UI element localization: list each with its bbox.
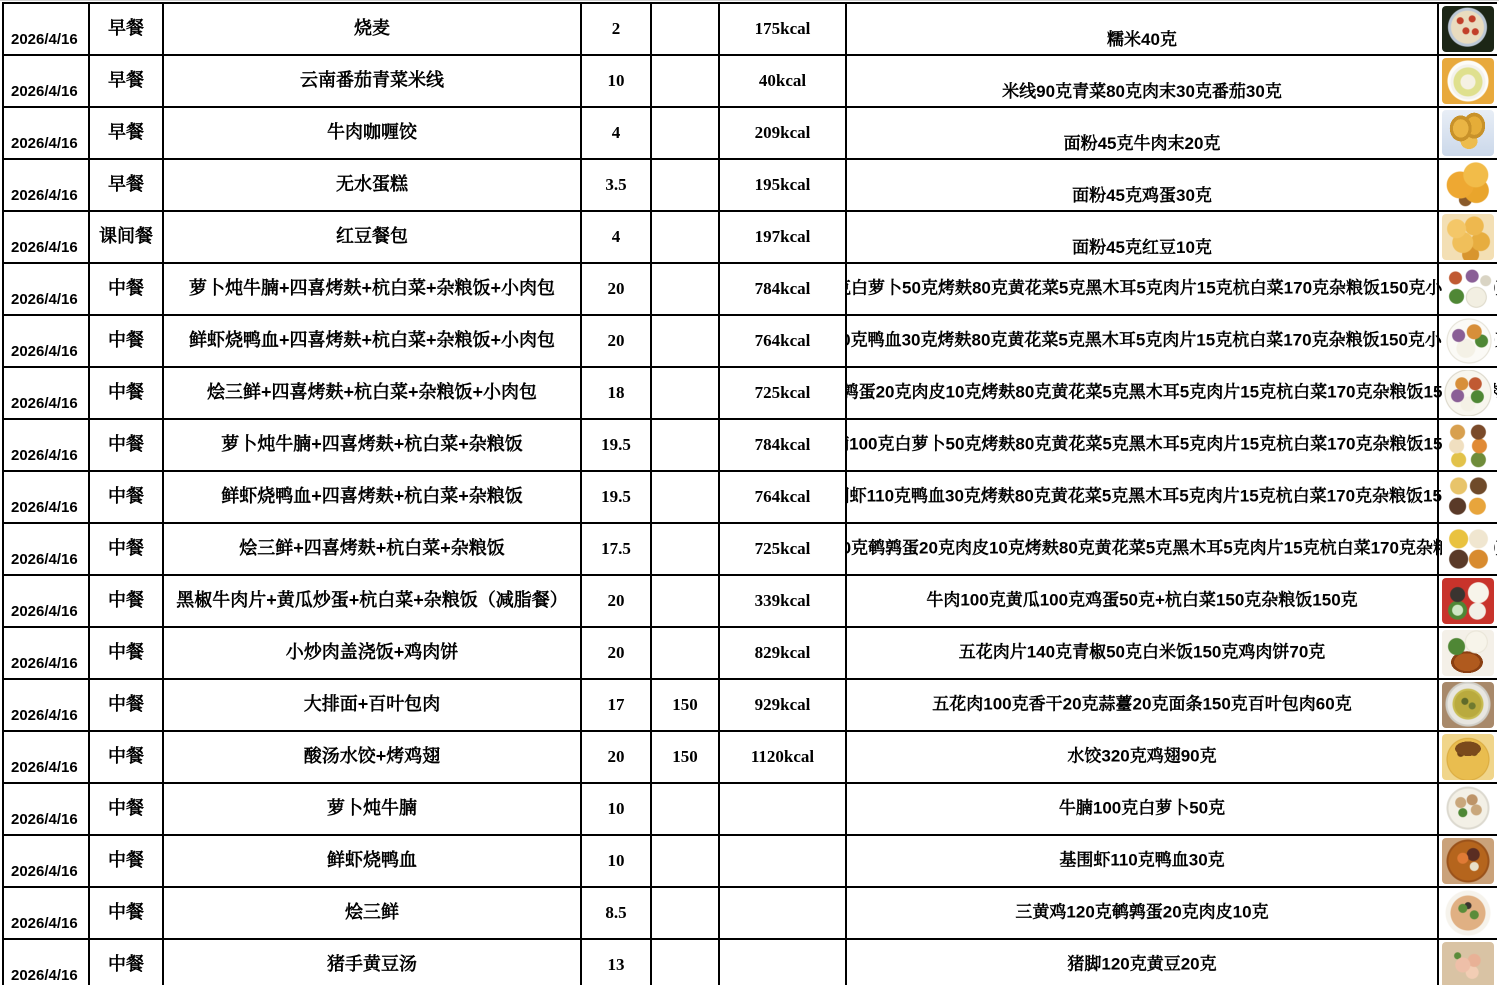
date-cell[interactable]: 2026/4/16 — [4, 784, 90, 834]
qty-cell[interactable] — [652, 264, 720, 314]
dish-cell[interactable]: 鲜虾烧鸭血+四喜烤麸+杭白菜+杂粮饭 — [164, 472, 582, 522]
meal-cell[interactable]: 中餐 — [90, 576, 164, 626]
kcal-cell-text: 929kcal — [755, 696, 811, 715]
three-delicacies-photo[interactable] — [1442, 890, 1494, 936]
meal-cell-text: 早餐 — [108, 71, 144, 91]
kcal-cell[interactable]: 209kcal — [720, 108, 847, 158]
meal-cell-text: 中餐 — [108, 643, 144, 663]
ingredients-cell[interactable]: 三黄鸡120克鹌鹑蛋20克肉皮10克烤麸80克黄花菜5克黑木耳5克肉片15克杭白… — [847, 368, 1439, 418]
dish-cell[interactable]: 烩三鲜 — [164, 888, 582, 938]
qty-cell[interactable] — [652, 524, 720, 574]
kcal-cell[interactable]: 725kcal — [720, 524, 847, 574]
date-cell-text: 2026/4/16 — [11, 84, 78, 101]
price-cell[interactable]: 4 — [582, 212, 652, 262]
ingredients-cell[interactable]: 米线90克青菜80克肉末30克番茄30克 — [847, 56, 1439, 106]
ingredients-text: 基围虾110克鸭血30克烤麸80克黄花菜5克黑木耳5克肉片15克杭白菜170克杂… — [847, 332, 1497, 351]
date-cell-text: 2026/4/16 — [11, 292, 78, 309]
ingredients-cell[interactable]: 基围虾110克鸭血30克烤麸80克黄花菜5克黑木耳5克肉片15克杭白菜170克杂… — [847, 316, 1439, 366]
price-cell[interactable]: 20 — [582, 264, 652, 314]
meal-cell[interactable]: 中餐 — [90, 940, 164, 985]
photo-cell[interactable] — [1439, 472, 1497, 522]
red-bean-bun-photo[interactable] — [1442, 214, 1494, 260]
dish-cell[interactable]: 烩三鲜+四喜烤麸+杭白菜+杂粮饭 — [164, 524, 582, 574]
price-cell[interactable]: 20 — [582, 732, 652, 782]
ingredients-text: 五花肉100克香干20克蒜薹20克面条150克百叶包肉60克 — [932, 696, 1351, 715]
cake-cubes-photo[interactable] — [1442, 162, 1494, 208]
photo-cell[interactable] — [1439, 316, 1497, 366]
qty-cell[interactable] — [652, 368, 720, 418]
date-cell[interactable]: 2026/4/16 — [4, 524, 90, 574]
dish-cell-text: 鲜虾烧鸭血+四喜烤麸+杭白菜+杂粮饭+小肉包 — [189, 331, 555, 351]
dish-cell-text: 红豆餐包 — [336, 227, 408, 247]
meal-cell[interactable]: 早餐 — [90, 108, 164, 158]
table-row: 2026/4/16中餐酸汤水饺+烤鸡翅201501120kcal水饺320克鸡翅… — [4, 732, 1497, 784]
dish-cell-text: 大排面+百叶包肉 — [304, 695, 441, 715]
dish-cell[interactable]: 鲜虾烧鸭血+四喜烤麸+杭白菜+杂粮饭+小肉包 — [164, 316, 582, 366]
date-cell-text: 2026/4/16 — [11, 916, 78, 933]
qty-cell[interactable] — [652, 888, 720, 938]
dish-cell[interactable]: 萝卜炖牛腩 — [164, 784, 582, 834]
shrimp-duck-blood-bowls-photo[interactable] — [1442, 474, 1494, 520]
braised-beef-set-photo[interactable] — [1442, 266, 1494, 312]
kcal-cell-text: 784kcal — [755, 436, 811, 455]
price-cell-text: 13 — [608, 956, 625, 975]
dish-cell-text: 萝卜炖牛腩 — [327, 799, 417, 819]
price-cell-text: 4 — [612, 124, 621, 143]
beef-curry-dumpling-photo[interactable] — [1442, 110, 1494, 156]
qty-cell[interactable] — [652, 160, 720, 210]
qty-cell-text: 150 — [672, 696, 698, 715]
meal-cell[interactable]: 早餐 — [90, 160, 164, 210]
date-cell[interactable]: 2026/4/16 — [4, 368, 90, 418]
qty-cell-text: 150 — [672, 748, 698, 767]
kcal-cell-text: 175kcal — [755, 20, 811, 39]
kcal-cell[interactable]: 764kcal — [720, 316, 847, 366]
date-cell-text: 2026/4/16 — [11, 500, 78, 517]
ingredients-cell[interactable]: 牛腩100克白萝卜50克烤麸80克黄花菜5克黑木耳5克肉片15克杭白菜170克杂… — [847, 420, 1439, 470]
price-cell[interactable]: 17.5 — [582, 524, 652, 574]
price-cell[interactable]: 20 — [582, 576, 652, 626]
ingredients-text: 三黄鸡120克鹌鹑蛋20克肉皮10克 — [1015, 904, 1268, 923]
dish-cell-text: 酸汤水饺+烤鸡翅 — [304, 747, 441, 767]
qty-cell[interactable] — [652, 628, 720, 678]
sour-soup-dumplings-photo[interactable] — [1442, 734, 1494, 780]
price-cell[interactable]: 19.5 — [582, 420, 652, 470]
table-row: 2026/4/16中餐大排面+百叶包肉17150929kcal五花肉100克香干… — [4, 680, 1497, 732]
table-row: 2026/4/16课间餐红豆餐包4197kcal面粉45克红豆10克 — [4, 212, 1497, 264]
date-cell-text: 2026/4/16 — [11, 448, 78, 465]
shumai-photo[interactable] — [1442, 6, 1494, 52]
date-cell-text: 2026/4/16 — [11, 552, 78, 569]
price-cell-text: 10 — [608, 852, 625, 871]
ingredients-text: 牛肉100克黄瓜100克鸡蛋50克+杭白菜150克杂粮饭150克 — [926, 592, 1357, 611]
ingredients-text: 牛腩100克白萝卜50克 — [1059, 800, 1225, 819]
price-cell[interactable]: 10 — [582, 56, 652, 106]
photo-cell[interactable] — [1439, 108, 1497, 158]
dish-cell-text: 鲜虾烧鸭血+四喜烤麸+杭白菜+杂粮饭 — [221, 487, 523, 507]
date-cell-text: 2026/4/16 — [11, 396, 78, 413]
meal-cell[interactable]: 中餐 — [90, 732, 164, 782]
dish-cell[interactable]: 云南番茄青菜米线 — [164, 56, 582, 106]
date-cell[interactable]: 2026/4/16 — [4, 212, 90, 262]
ingredients-cell[interactable]: 猪脚120克黄豆20克 — [847, 940, 1439, 985]
price-cell-text: 10 — [608, 72, 625, 91]
price-cell[interactable]: 20 — [582, 316, 652, 366]
price-cell-text: 10 — [608, 800, 625, 819]
dish-cell[interactable]: 大排面+百叶包肉 — [164, 680, 582, 730]
kcal-cell[interactable]: 1120kcal — [720, 732, 847, 782]
price-cell[interactable]: 2 — [582, 4, 652, 54]
meal-cell-text: 中餐 — [108, 383, 144, 403]
ingredients-text: 面粉45克鸡蛋30克 — [1072, 187, 1212, 206]
photo-cell[interactable] — [1439, 524, 1497, 574]
date-cell[interactable]: 2026/4/16 — [4, 836, 90, 886]
table-row: 2026/4/16中餐鲜虾烧鸭血+四喜烤麸+杭白菜+杂粮饭19.5764kcal… — [4, 472, 1497, 524]
date-cell-text: 2026/4/16 — [11, 188, 78, 205]
meal-cell-text: 早餐 — [108, 123, 144, 143]
kcal-cell[interactable]: 784kcal — [720, 264, 847, 314]
ingredients-clip: 五花肉100克香干20克蒜薹20克面条150克百叶包肉60克 — [847, 680, 1497, 730]
ingredients-cell[interactable]: 三黄鸡120克鹌鹑蛋20克肉皮10克烤麸80克黄花菜5克黑木耳5克肉片15克杭白… — [847, 524, 1439, 574]
table-row: 2026/4/16早餐无水蛋糕3.5195kcal面粉45克鸡蛋30克 — [4, 160, 1497, 212]
kcal-cell[interactable]: 929kcal — [720, 680, 847, 730]
price-cell-text: 20 — [608, 644, 625, 663]
qty-cell[interactable] — [652, 316, 720, 366]
meal-cell[interactable]: 中餐 — [90, 836, 164, 886]
meal-cell[interactable]: 中餐 — [90, 316, 164, 366]
ingredients-clip: 面粉45克红豆10克 — [847, 212, 1497, 262]
dish-cell-text: 萝卜炖牛腩+四喜烤麸+杭白菜+杂粮饭+小肉包 — [189, 279, 555, 299]
table-row: 2026/4/16中餐烩三鲜+四喜烤麸+杭白菜+杂粮饭+小肉包18725kcal… — [4, 368, 1497, 420]
date-cell[interactable]: 2026/4/16 — [4, 56, 90, 106]
ingredients-text: 水饺320克鸡翅90克 — [1067, 748, 1216, 767]
date-cell-text: 2026/4/16 — [11, 864, 78, 881]
date-cell[interactable]: 2026/4/16 — [4, 160, 90, 210]
kcal-cell[interactable] — [720, 888, 847, 938]
meal-cell[interactable]: 中餐 — [90, 784, 164, 834]
kcal-cell[interactable] — [720, 836, 847, 886]
price-cell-text: 2 — [612, 20, 621, 39]
qty-cell[interactable] — [652, 940, 720, 985]
pork-trotter-soybean-soup-photo[interactable] — [1442, 942, 1494, 985]
ingredients-text: 五花肉片140克青椒50克白米饭150克鸡肉饼70克 — [959, 644, 1326, 663]
meal-cell[interactable]: 中餐 — [90, 420, 164, 470]
meal-cell-text: 中餐 — [108, 903, 144, 923]
table-row: 2026/4/16中餐烩三鲜+四喜烤麸+杭白菜+杂粮饭17.5725kcal三黄… — [4, 524, 1497, 576]
price-cell[interactable]: 19.5 — [582, 472, 652, 522]
date-cell[interactable]: 2026/4/16 — [4, 472, 90, 522]
ingredients-cell[interactable]: 牛腩100克白萝卜50克烤麸80克黄花菜5克黑木耳5克肉片15克杭白菜170克杂… — [847, 264, 1439, 314]
dish-cell[interactable]: 无水蛋糕 — [164, 160, 582, 210]
kcal-cell[interactable] — [720, 784, 847, 834]
meal-cell[interactable]: 早餐 — [90, 56, 164, 106]
meal-cell-text: 中餐 — [108, 695, 144, 715]
ingredients-clip: 基围虾110克鸭血30克烤麸80克黄花菜5克黑木耳5克肉片15克杭白菜170克杂… — [847, 472, 1497, 522]
price-cell[interactable]: 13 — [582, 940, 652, 985]
price-cell-text: 19.5 — [601, 436, 631, 455]
ingredients-cell[interactable]: 基围虾110克鸭血30克 — [847, 836, 1439, 886]
meal-cell-text: 早餐 — [108, 175, 144, 195]
stir-fried-pork-rice-photo[interactable] — [1442, 630, 1494, 676]
photo-cell[interactable] — [1439, 732, 1497, 782]
date-cell-text: 2026/4/16 — [11, 760, 78, 777]
kcal-cell[interactable]: 829kcal — [720, 628, 847, 678]
three-delicacies-set-photo[interactable] — [1442, 370, 1494, 416]
dish-cell[interactable]: 萝卜炖牛腩+四喜烤麸+杭白菜+杂粮饭 — [164, 420, 582, 470]
dish-cell-text: 黑椒牛肉片+黄瓜炒蛋+杭白菜+杂粮饭（减脂餐） — [176, 591, 568, 611]
ingredients-clip: 牛肉100克黄瓜100克鸡蛋50克+杭白菜150克杂粮饭150克 — [847, 576, 1497, 626]
meal-cell[interactable]: 中餐 — [90, 680, 164, 730]
dish-cell-text: 猪手黄豆汤 — [327, 955, 417, 975]
pork-noodle-soup-photo[interactable] — [1442, 682, 1494, 728]
ingredients-cell[interactable]: 面粉45克鸡蛋30克 — [847, 160, 1439, 210]
dish-cell[interactable]: 牛肉咖喱饺 — [164, 108, 582, 158]
qty-cell[interactable]: 150 — [652, 732, 720, 782]
ingredients-clip: 猪脚120克黄豆20克 — [847, 940, 1497, 985]
dish-cell-text: 牛肉咖喱饺 — [327, 123, 417, 143]
ingredients-clip: 基围虾110克鸭血30克烤麸80克黄花菜5克黑木耳5克肉片15克杭白菜170克杂… — [847, 316, 1497, 366]
ingredients-text: 三黄鸡120克鹌鹑蛋20克肉皮10克烤麸80克黄花菜5克黑木耳5克肉片15克杭白… — [847, 540, 1497, 559]
price-cell[interactable]: 10 — [582, 836, 652, 886]
three-delicacies-bowls-photo[interactable] — [1442, 526, 1494, 572]
beef-radish-stew-photo[interactable] — [1442, 786, 1494, 832]
price-cell[interactable]: 20 — [582, 628, 652, 678]
ingredients-clip: 米线90克青菜80克肉末30克番茄30克 — [847, 56, 1497, 106]
kcal-cell-text: 725kcal — [755, 540, 811, 559]
shrimp-duck-blood-stew-photo[interactable] — [1442, 838, 1494, 884]
date-cell[interactable]: 2026/4/16 — [4, 680, 90, 730]
dish-cell[interactable]: 烧麦 — [164, 4, 582, 54]
ingredients-clip: 三黄鸡120克鹌鹑蛋20克肉皮10克 — [847, 888, 1497, 938]
price-cell[interactable]: 10 — [582, 784, 652, 834]
qty-cell[interactable] — [652, 212, 720, 262]
kcal-cell-text: 339kcal — [755, 592, 811, 611]
meal-cell-text: 中餐 — [108, 747, 144, 767]
dish-cell[interactable]: 鲜虾烧鸭血 — [164, 836, 582, 886]
table-row: 2026/4/16中餐猪手黄豆汤13猪脚120克黄豆20克 — [4, 940, 1497, 985]
meal-cell-text: 中餐 — [108, 487, 144, 507]
dish-cell[interactable]: 酸汤水饺+烤鸡翅 — [164, 732, 582, 782]
ingredients-text: 米线90克青菜80克肉末30克番茄30克 — [1002, 83, 1282, 102]
photo-cell[interactable] — [1439, 576, 1497, 626]
ingredients-clip: 水饺320克鸡翅90克 — [847, 732, 1497, 782]
photo-cell[interactable] — [1439, 264, 1497, 314]
photo-cell[interactable] — [1439, 4, 1497, 54]
qty-cell[interactable] — [652, 784, 720, 834]
date-cell[interactable]: 2026/4/16 — [4, 628, 90, 678]
price-cell-text: 19.5 — [601, 488, 631, 507]
ingredients-text: 猪脚120克黄豆20克 — [1067, 956, 1216, 975]
meal-cell-text: 中餐 — [108, 851, 144, 871]
qty-cell[interactable]: 150 — [652, 680, 720, 730]
dish-cell-text: 烩三鲜+四喜烤麸+杭白菜+杂粮饭+小肉包 — [207, 383, 537, 403]
price-cell[interactable]: 8.5 — [582, 888, 652, 938]
meal-cell-text: 中餐 — [108, 955, 144, 975]
ingredients-cell[interactable]: 五花肉片140克青椒50克白米饭150克鸡肉饼70克 — [847, 628, 1439, 678]
dish-cell-text: 云南番茄青菜米线 — [300, 71, 444, 91]
ingredients-cell[interactable]: 牛肉100克黄瓜100克鸡蛋50克+杭白菜150克杂粮饭150克 — [847, 576, 1439, 626]
menu-spreadsheet: 2026/4/16早餐烧麦2175kcal糯米40克2026/4/16早餐云南番… — [2, 2, 1497, 985]
dish-cell-text: 烩三鲜+四喜烤麸+杭白菜+杂粮饭 — [239, 539, 505, 559]
ingredients-text: 牛腩100克白萝卜50克烤麸80克黄花菜5克黑木耳5克肉片15克杭白菜170克杂… — [847, 280, 1497, 299]
meal-cell-text: 中餐 — [108, 591, 144, 611]
meal-cell-text: 中餐 — [108, 279, 144, 299]
date-cell-text: 2026/4/16 — [11, 812, 78, 829]
price-cell-text: 17 — [608, 696, 625, 715]
price-cell-text: 20 — [608, 332, 625, 351]
kcal-cell-text: 197kcal — [755, 228, 811, 247]
ingredients-text: 牛腩100克白萝卜50克烤麸80克黄花菜5克黑木耳5克肉片15克杭白菜170克杂… — [847, 436, 1469, 455]
qty-cell[interactable] — [652, 420, 720, 470]
dish-cell-text: 烩三鲜 — [345, 903, 399, 923]
ingredients-cell[interactable]: 糯米40克 — [847, 4, 1439, 54]
qty-cell[interactable] — [652, 56, 720, 106]
date-cell[interactable]: 2026/4/16 — [4, 264, 90, 314]
price-cell-text: 3.5 — [605, 176, 626, 195]
kcal-cell[interactable]: 175kcal — [720, 4, 847, 54]
meal-cell-text: 中餐 — [108, 539, 144, 559]
price-cell[interactable]: 18 — [582, 368, 652, 418]
table-row: 2026/4/16中餐黑椒牛肉片+黄瓜炒蛋+杭白菜+杂粮饭（减脂餐）20339k… — [4, 576, 1497, 628]
kcal-cell[interactable] — [720, 940, 847, 985]
ingredients-clip: 糯米40克 — [847, 4, 1497, 54]
ingredients-cell[interactable]: 面粉45克牛肉末20克 — [847, 108, 1439, 158]
meal-cell[interactable]: 中餐 — [90, 888, 164, 938]
table-row: 2026/4/16中餐萝卜炖牛腩+四喜烤麸+杭白菜+杂粮饭19.5784kcal… — [4, 420, 1497, 472]
ingredients-cell[interactable]: 基围虾110克鸭血30克烤麸80克黄花菜5克黑木耳5克肉片15克杭白菜170克杂… — [847, 472, 1439, 522]
ingredients-cell[interactable]: 五花肉100克香干20克蒜薹20克面条150克百叶包肉60克 — [847, 680, 1439, 730]
ingredients-text: 糯米40克 — [1107, 31, 1177, 50]
photo-cell[interactable] — [1439, 680, 1497, 730]
price-cell-text: 4 — [612, 228, 621, 247]
photo-cell[interactable] — [1439, 784, 1497, 834]
dish-cell[interactable]: 黑椒牛肉片+黄瓜炒蛋+杭白菜+杂粮饭（减脂餐） — [164, 576, 582, 626]
ingredients-clip: 基围虾110克鸭血30克 — [847, 836, 1497, 886]
qty-cell[interactable] — [652, 576, 720, 626]
kcal-cell[interactable]: 764kcal — [720, 472, 847, 522]
table-row: 2026/4/16早餐云南番茄青菜米线1040kcal米线90克青菜80克肉末3… — [4, 56, 1497, 108]
date-cell[interactable]: 2026/4/16 — [4, 940, 90, 985]
price-cell-text: 18 — [608, 384, 625, 403]
qty-cell[interactable] — [652, 108, 720, 158]
price-cell[interactable]: 17 — [582, 680, 652, 730]
dish-cell[interactable]: 红豆餐包 — [164, 212, 582, 262]
dish-cell-text: 无水蛋糕 — [336, 175, 408, 195]
date-cell-text: 2026/4/16 — [11, 968, 78, 985]
date-cell-text: 2026/4/16 — [11, 32, 78, 49]
ingredients-text: 基围虾110克鸭血30克烤麸80克黄花菜5克黑木耳5克肉片15克杭白菜170克杂… — [847, 488, 1468, 507]
dish-cell-text: 鲜虾烧鸭血 — [327, 851, 417, 871]
meal-cell-text: 中餐 — [108, 331, 144, 351]
meal-cell[interactable]: 中餐 — [90, 524, 164, 574]
kcal-cell-text: 1120kcal — [751, 748, 814, 767]
meal-cell[interactable]: 中餐 — [90, 628, 164, 678]
qty-cell[interactable] — [652, 472, 720, 522]
price-cell-text: 20 — [608, 592, 625, 611]
photo-cell[interactable] — [1439, 888, 1497, 938]
ingredients-cell[interactable]: 牛腩100克白萝卜50克 — [847, 784, 1439, 834]
shrimp-duck-blood-set-photo[interactable] — [1442, 318, 1494, 364]
photo-cell[interactable] — [1439, 940, 1497, 985]
date-cell-text: 2026/4/16 — [11, 604, 78, 621]
rice-noodle-soup-photo[interactable] — [1442, 58, 1494, 104]
kcal-cell[interactable]: 195kcal — [720, 160, 847, 210]
kcal-cell-text: 764kcal — [755, 488, 811, 507]
ingredients-text: 面粉45克红豆10克 — [1072, 239, 1212, 258]
kcal-cell[interactable]: 197kcal — [720, 212, 847, 262]
date-cell[interactable]: 2026/4/16 — [4, 316, 90, 366]
date-cell-text: 2026/4/16 — [11, 136, 78, 153]
ingredients-text: 三黄鸡120克鹌鹑蛋20克肉皮10克烤麸80克黄花菜5克黑木耳5克肉片15克杭白… — [847, 384, 1497, 403]
price-cell-text: 20 — [608, 280, 625, 299]
price-cell-text: 8.5 — [605, 904, 626, 923]
table-row: 2026/4/16早餐烧麦2175kcal糯米40克 — [4, 4, 1497, 56]
date-cell[interactable]: 2026/4/16 — [4, 4, 90, 54]
date-cell[interactable]: 2026/4/16 — [4, 732, 90, 782]
qty-cell[interactable] — [652, 836, 720, 886]
date-cell[interactable]: 2026/4/16 — [4, 888, 90, 938]
meal-cell[interactable]: 早餐 — [90, 4, 164, 54]
ingredients-clip: 三黄鸡120克鹌鹑蛋20克肉皮10克烤麸80克黄花菜5克黑木耳5克肉片15克杭白… — [847, 524, 1497, 574]
kcal-cell-text: 209kcal — [755, 124, 811, 143]
ingredients-text: 面粉45克牛肉末20克 — [1064, 135, 1221, 154]
dish-cell-text: 小炒肉盖浇饭+鸡肉饼 — [286, 643, 459, 663]
meal-cell[interactable]: 中餐 — [90, 264, 164, 314]
qty-cell[interactable] — [652, 4, 720, 54]
meal-cell[interactable]: 中餐 — [90, 472, 164, 522]
photo-cell[interactable] — [1439, 212, 1497, 262]
dish-cell-text: 烧麦 — [354, 19, 390, 39]
kcal-cell[interactable]: 725kcal — [720, 368, 847, 418]
price-cell[interactable]: 4 — [582, 108, 652, 158]
ingredients-cell[interactable]: 三黄鸡120克鹌鹑蛋20克肉皮10克 — [847, 888, 1439, 938]
price-cell-text: 17.5 — [601, 540, 631, 559]
ingredients-cell[interactable]: 水饺320克鸡翅90克 — [847, 732, 1439, 782]
kcal-cell-text: 725kcal — [755, 384, 811, 403]
dish-cell[interactable]: 萝卜炖牛腩+四喜烤麸+杭白菜+杂粮饭+小肉包 — [164, 264, 582, 314]
photo-cell[interactable] — [1439, 368, 1497, 418]
dish-cell[interactable]: 烩三鲜+四喜烤麸+杭白菜+杂粮饭+小肉包 — [164, 368, 582, 418]
photo-cell[interactable] — [1439, 420, 1497, 470]
kcal-cell[interactable]: 784kcal — [720, 420, 847, 470]
date-cell[interactable]: 2026/4/16 — [4, 576, 90, 626]
kcal-cell[interactable]: 40kcal — [720, 56, 847, 106]
photo-cell[interactable] — [1439, 628, 1497, 678]
kcal-cell-text: 40kcal — [759, 72, 806, 91]
ingredients-cell[interactable]: 面粉45克红豆10克 — [847, 212, 1439, 262]
date-cell-text: 2026/4/16 — [11, 240, 78, 257]
meal-cell[interactable]: 中餐 — [90, 368, 164, 418]
braised-beef-bowls-photo[interactable] — [1442, 422, 1494, 468]
dish-cell[interactable]: 猪手黄豆汤 — [164, 940, 582, 985]
table-row: 2026/4/16中餐萝卜炖牛腩+四喜烤麸+杭白菜+杂粮饭+小肉包20784kc… — [4, 264, 1497, 316]
photo-cell[interactable] — [1439, 836, 1497, 886]
meal-cell[interactable]: 课间餐 — [90, 212, 164, 262]
price-cell-text: 20 — [608, 748, 625, 767]
kcal-cell[interactable]: 339kcal — [720, 576, 847, 626]
price-cell[interactable]: 3.5 — [582, 160, 652, 210]
photo-cell[interactable] — [1439, 56, 1497, 106]
date-cell-text: 2026/4/16 — [11, 656, 78, 673]
date-cell[interactable]: 2026/4/16 — [4, 108, 90, 158]
black-pepper-beef-diet-tray-photo[interactable] — [1442, 578, 1494, 624]
table-row: 2026/4/16中餐小炒肉盖浇饭+鸡肉饼20829kcal五花肉片140克青椒… — [4, 628, 1497, 680]
date-cell-text: 2026/4/16 — [11, 708, 78, 725]
date-cell-text: 2026/4/16 — [11, 344, 78, 361]
photo-cell[interactable] — [1439, 160, 1497, 210]
dish-cell[interactable]: 小炒肉盖浇饭+鸡肉饼 — [164, 628, 582, 678]
date-cell[interactable]: 2026/4/16 — [4, 420, 90, 470]
